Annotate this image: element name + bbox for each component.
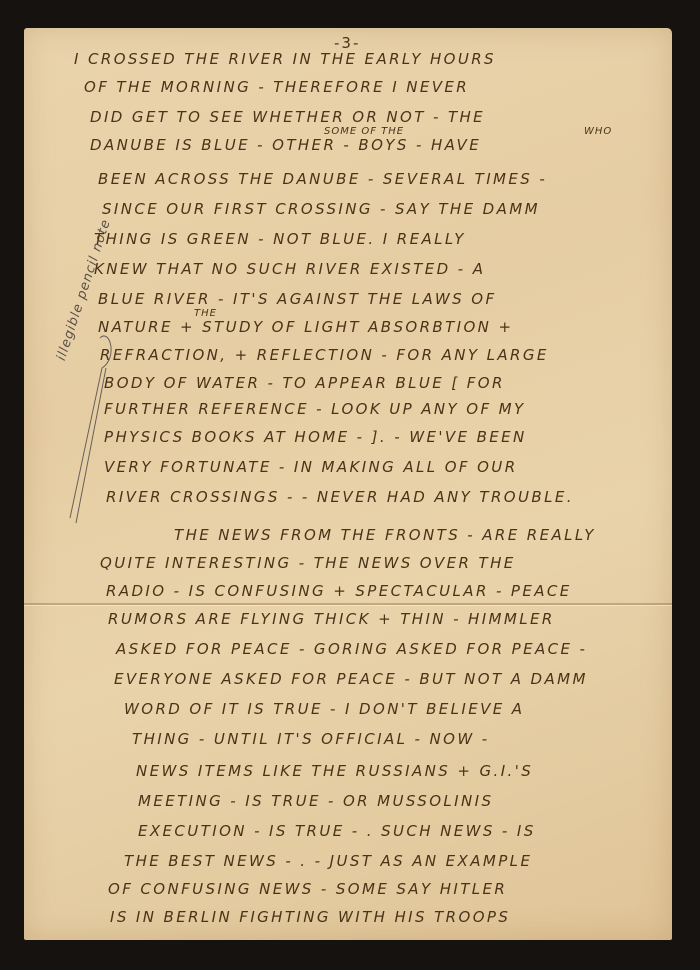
text-line: Everyone asked for peace - but not a dam…: [114, 670, 588, 688]
text-line: I crossed the river in the early hours: [74, 50, 496, 68]
text-line: since our first crossing - say the damm: [102, 200, 540, 218]
text-line: refraction, + reflection - for any large: [100, 346, 549, 364]
text-line: physics books at home - ]. - We've been: [104, 428, 527, 446]
paper-fold: [24, 603, 672, 605]
text-line: asked for peace - Goring asked for peace…: [116, 640, 587, 658]
text-line: is in Berlin fighting with his troops: [110, 908, 510, 926]
text-line: river crossings - - never had any troubl…: [106, 488, 574, 506]
text-line: very fortunate - in making all of our: [104, 458, 518, 476]
insertion-who: who: [584, 126, 612, 137]
text-line: thing - until it's official - Now -: [132, 730, 490, 748]
text-line: the best news - . - Just as an example: [124, 852, 532, 870]
letter-page: -3- illegible pencil note I crossed the …: [24, 28, 672, 940]
text-line: of confusing news - some say Hitler: [108, 880, 507, 898]
text-line: meeting - is true - or Mussolinis: [138, 792, 493, 810]
text-line: body of water - to appear blue [ for: [104, 374, 505, 392]
text-line: nature + study of light absorbtion +: [98, 318, 513, 336]
text-line: word of it is true - I don't believe a: [124, 700, 524, 718]
text-line: did get to see whether or not - the: [90, 108, 485, 126]
text-line: of the morning - therefore I never: [84, 78, 469, 96]
text-line: been across the Danube - several times -: [98, 170, 547, 188]
text-line: knew that no such river existed - A: [94, 260, 485, 278]
text-line: The news from the fronts - are really: [174, 526, 596, 544]
text-line: news items like the Russians + G.I.'s: [136, 762, 533, 780]
text-line: Danube is blue - other - boys - have: [90, 136, 481, 154]
text-line: rumors are flying thick + thin - Himmler: [108, 610, 555, 628]
text-line: further reference - look up any of my: [104, 400, 526, 418]
text-line: quite interesting - The news over the: [100, 554, 516, 572]
text-line: radio - is confusing + spectacular - Pea…: [106, 582, 572, 600]
text-line: thing is green - not blue. I really: [94, 230, 466, 248]
text-line: blue river - it's against the laws of: [98, 290, 496, 308]
text-line: execution - is true - . Such news - is: [138, 822, 536, 840]
